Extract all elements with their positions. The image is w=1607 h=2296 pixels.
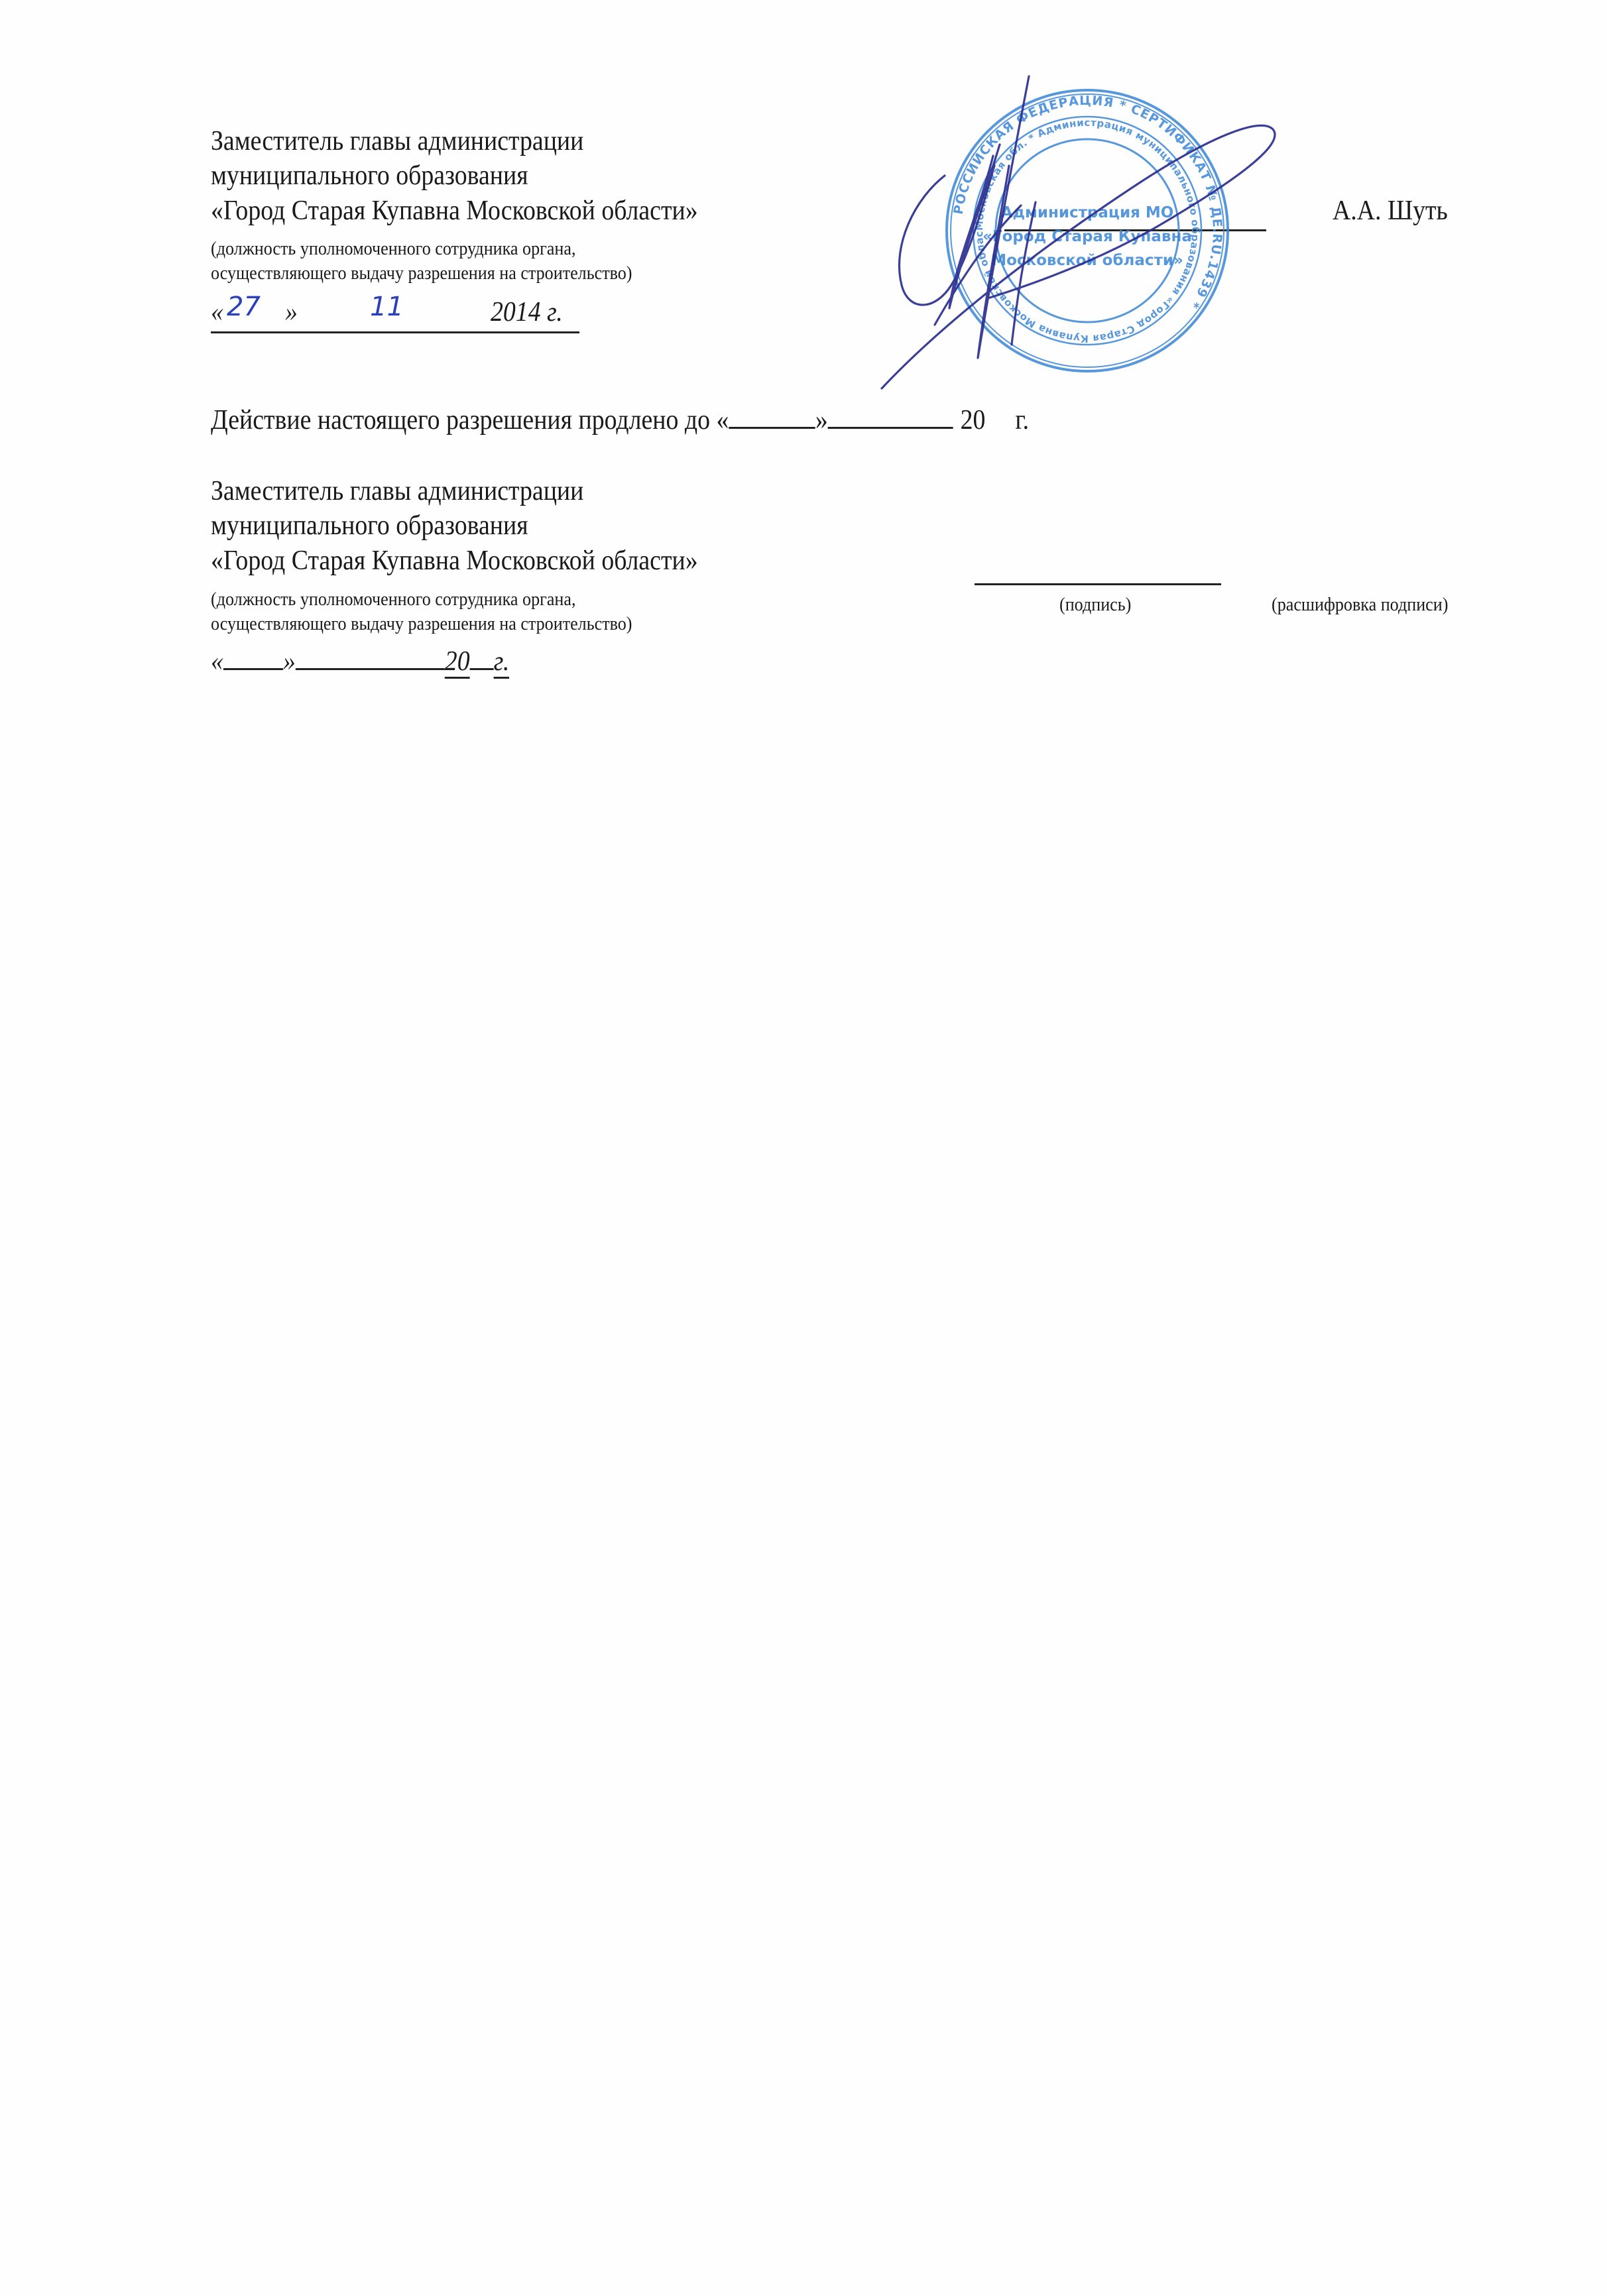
extension-date-close-quote: »: [283, 646, 296, 677]
date-year: 2014 г.: [491, 296, 563, 329]
extension-year-field[interactable]: [985, 402, 1015, 429]
document-page: Заместитель главы администрации муниципа…: [0, 0, 1607, 2296]
extension-day-field[interactable]: [729, 402, 815, 429]
signature-caption: (подпись): [1059, 593, 1131, 617]
extension-date-open-quote: «: [211, 646, 223, 677]
issuance-date: « 27 » 11 2014 г.: [211, 292, 579, 333]
extension-date-year-field[interactable]: [470, 643, 494, 670]
issuer-signatory-name: А.А. Шуть: [1333, 194, 1448, 227]
extender-position-line-3: «Город Старая Купавна Московской области…: [211, 544, 698, 577]
extension-year-suffix: г.: [1015, 405, 1029, 435]
official-stamp-icon: РОССИЙСКАЯ ФЕДЕРАЦИЯ * СЕРТИФИКАТ № ДЕ.R…: [941, 85, 1233, 376]
stamp-center-line-1: Администрация МО: [1001, 204, 1174, 221]
extension-quote-close: »: [815, 405, 828, 435]
date-open-quote: «: [211, 296, 223, 329]
date-close-quote: »: [285, 296, 298, 329]
extender-signature-field[interactable]: [975, 583, 1221, 585]
extension-statement: Действие настоящего разрешения продлено …: [211, 402, 1029, 437]
extension-month-field[interactable]: [828, 402, 953, 429]
issuer-caption-line-1: (должность уполномоченного сотрудника ор…: [211, 237, 576, 261]
issuer-caption-line-2: осуществляющего выдачу разрешения на стр…: [211, 261, 632, 286]
extension-text: Действие настоящего разрешения продлено …: [211, 405, 729, 435]
extender-caption-line-1: (должность уполномоченного сотрудника ор…: [211, 587, 576, 612]
issuer-position-line-1: Заместитель главы администрации: [211, 125, 583, 158]
date-day-handwritten: 27: [227, 292, 261, 322]
extension-date-year-prefix: 20: [445, 646, 470, 679]
extension-date: «»20г.: [211, 643, 509, 678]
extension-year-prefix: 20: [961, 405, 986, 435]
extender-caption-line-2: осуществляющего выдачу разрешения на стр…: [211, 612, 632, 636]
stamp-center-line-2: «Город Старая Купавна: [982, 228, 1192, 245]
stamp-center-line-3: Московской области»: [991, 252, 1183, 269]
extension-date-month-field[interactable]: [296, 643, 445, 670]
extender-position-line-2: муниципального образования: [211, 509, 528, 542]
extension-date-year-suffix: г.: [494, 646, 510, 679]
issuer-position-line-3: «Город Старая Купавна Московской области…: [211, 194, 698, 227]
decipher-caption: (расшифровка подписи): [1272, 593, 1448, 617]
extender-position-line-1: Заместитель главы администрации: [211, 475, 583, 508]
date-month-handwritten: 11: [370, 292, 404, 322]
extension-date-day-field[interactable]: [223, 643, 283, 670]
issuer-position-line-2: муниципального образования: [211, 159, 528, 192]
